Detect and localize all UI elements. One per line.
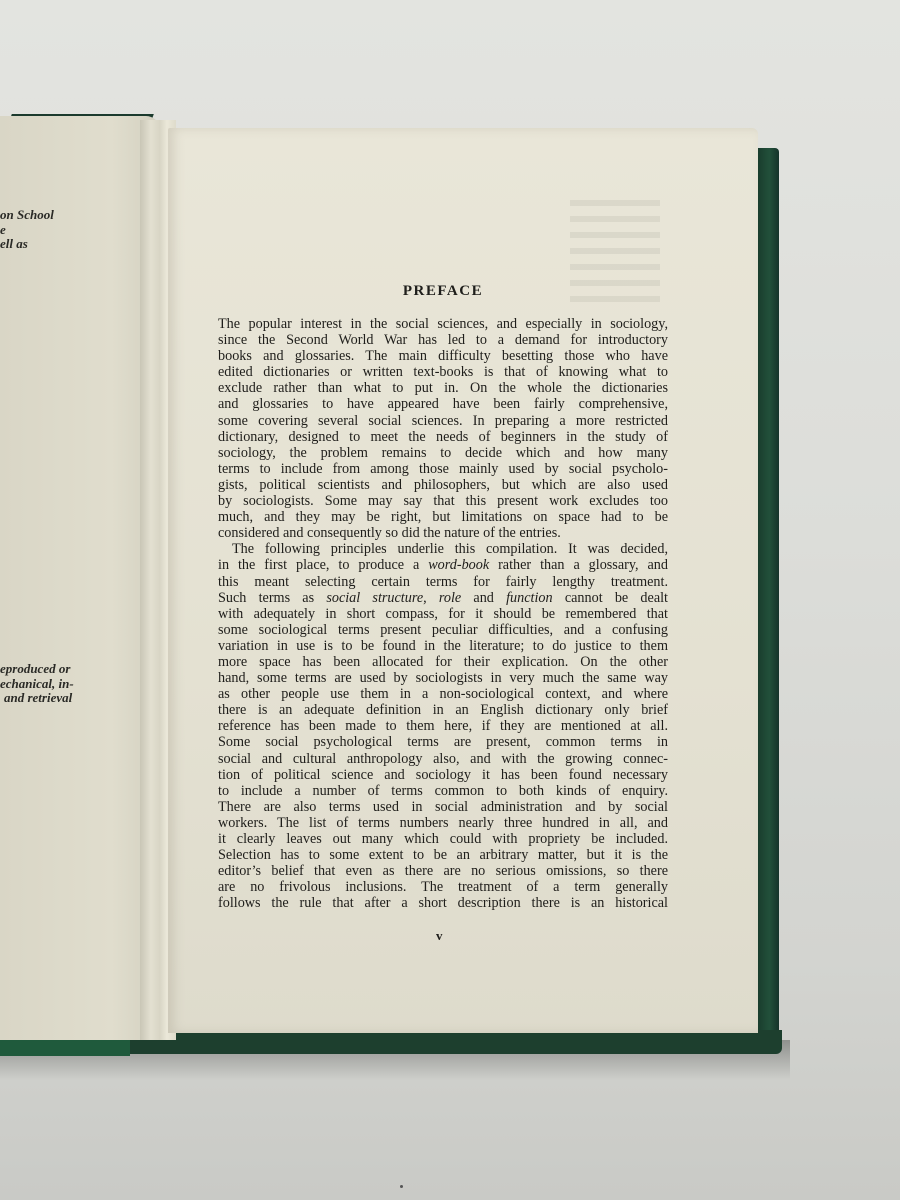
text-line: Such terms as social structure, role and…: [218, 590, 668, 606]
text-line: by sociologists. Some may say that this …: [218, 493, 668, 509]
text-line: There are also terms used in social admi…: [218, 799, 668, 815]
text-line: Selection has to some extent to be an ar…: [218, 847, 668, 863]
preface-body: The popular interest in the social scien…: [218, 316, 668, 911]
text-line: with adequately in short compass, for it…: [218, 606, 668, 622]
text-line: dictionary, designed to meet the needs o…: [218, 429, 668, 445]
text-line: follows the rule that after a short desc…: [218, 895, 668, 911]
text-line: are no frivolous inclusions. The treatme…: [218, 879, 668, 895]
left-page-fragment: and retrieval: [4, 690, 72, 706]
text-line: exclude rather than what to put in. On t…: [218, 380, 668, 396]
text-line: since the Second World War has led to a …: [218, 332, 668, 348]
text-line: in the first place, to produce a word-bo…: [218, 557, 668, 573]
text-line: and glossaries to have appeared have bee…: [218, 396, 668, 412]
text-line: tion of political science and sociology …: [218, 767, 668, 783]
text-line: there is an adequate definition in an En…: [218, 702, 668, 718]
text-line: terms to include from among those mainly…: [218, 461, 668, 477]
text-line: editor’s belief that even as there are n…: [218, 863, 668, 879]
left-page: [0, 116, 160, 1040]
text-line: hand, some terms are used by sociologist…: [218, 670, 668, 686]
text-line: some sociological terms present peculiar…: [218, 622, 668, 638]
left-page-fragment: eproduced or: [0, 661, 70, 677]
book-cover-right-edge: [755, 148, 779, 1048]
text-line: more space has been allocated for their …: [218, 654, 668, 670]
left-page-fragment: ell as: [0, 236, 28, 252]
text-line: this meant selecting certain terms for f…: [218, 574, 668, 590]
text-line: The popular interest in the social scien…: [218, 316, 668, 332]
text-line: Some social psychological terms are pres…: [218, 734, 668, 750]
text-line: sociology, the problem remains to decide…: [218, 445, 668, 461]
text-line: reference has been made to them here, if…: [218, 718, 668, 734]
text-line: social and cultural anthropology also, a…: [218, 751, 668, 767]
text-line: edited dictionaries or written text-book…: [218, 364, 668, 380]
text-line: much, and they may be right, but limitat…: [218, 509, 668, 525]
text-line: variation in use is to be found in the l…: [218, 638, 668, 654]
page-number: v: [436, 928, 443, 944]
text-line: books and glossaries. The main difficult…: [218, 348, 668, 364]
text-line: workers. The list of terms numbers nearl…: [218, 815, 668, 831]
text-line: gists, political scientists and philosop…: [218, 477, 668, 493]
page-title: PREFACE: [218, 283, 668, 300]
text-line: it clearly leaves out many which could w…: [218, 831, 668, 847]
text-line: The following principles underlie this c…: [218, 541, 668, 557]
text-line: considered and consequently so did the n…: [218, 525, 668, 541]
left-page-fragment: on School: [0, 207, 54, 223]
text-line: as other people use them in a non-sociol…: [218, 686, 668, 702]
dust-speck: [400, 1185, 403, 1188]
text-line: some covering several social sciences. I…: [218, 413, 668, 429]
text-line: to include a number of terms common to b…: [218, 783, 668, 799]
